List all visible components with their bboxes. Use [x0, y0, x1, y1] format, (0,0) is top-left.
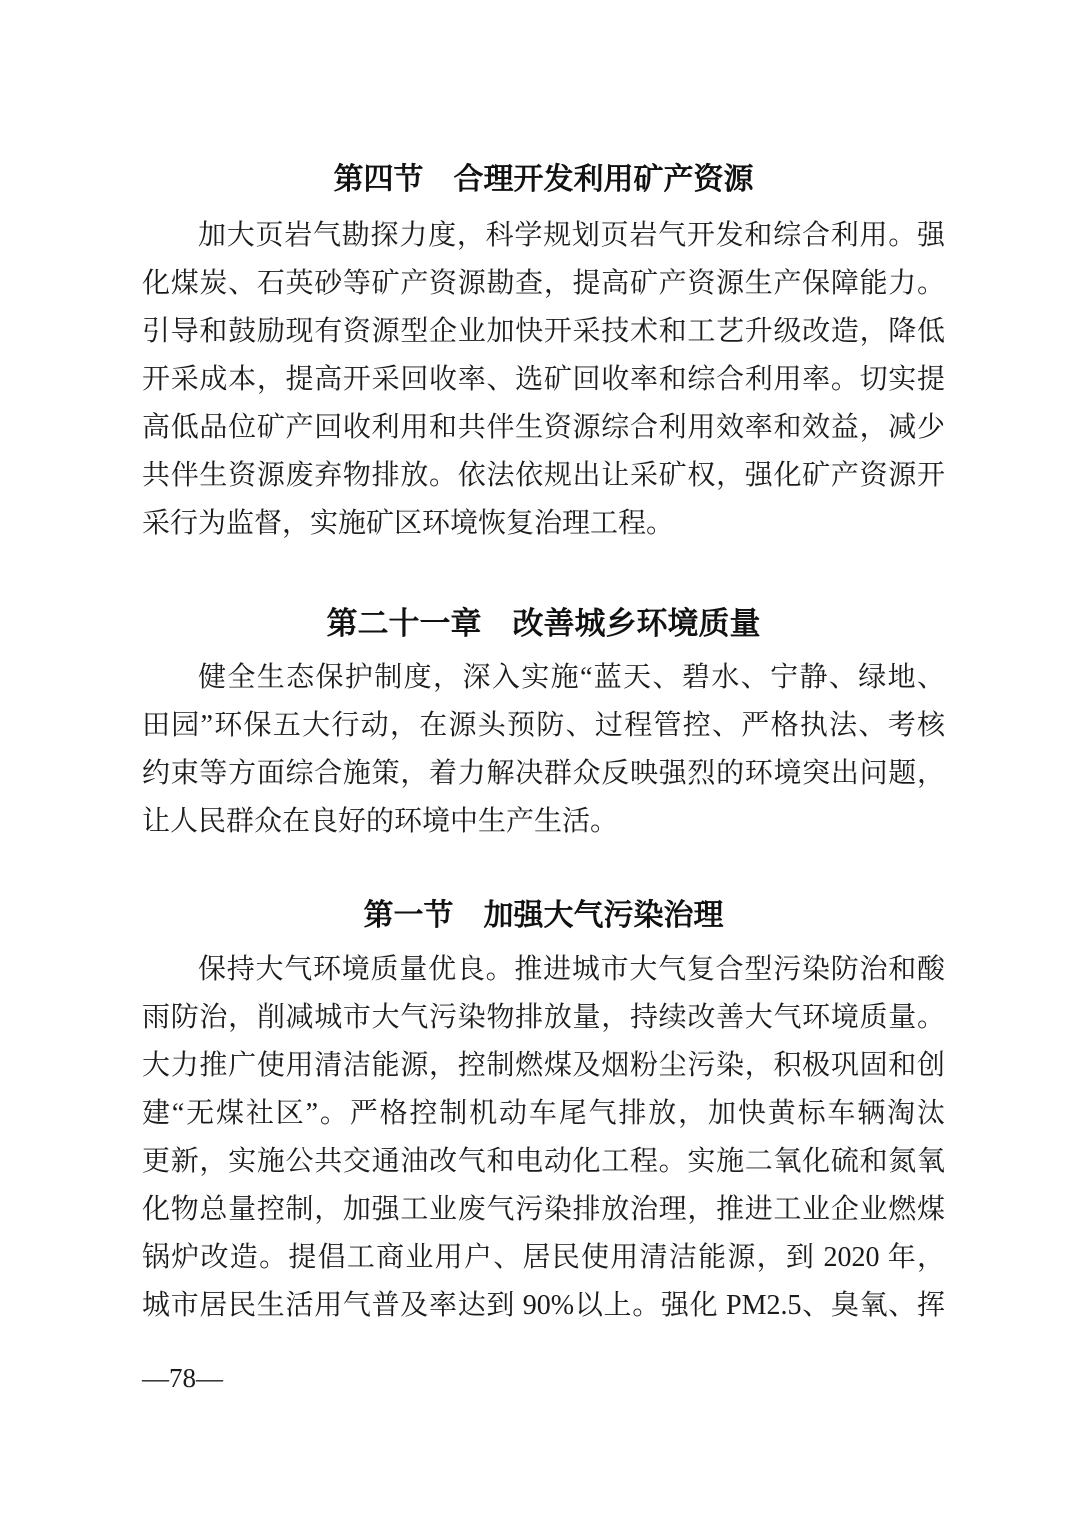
- page-number: —78—: [142, 1362, 223, 1394]
- page-content: 第四节 合理开发利用矿产资源 加大页岩气勘探力度，科学规划页岩气开发和综合利用。…: [142, 0, 945, 1330]
- text-line: 采行为监督，实施矿区环境恢复治理工程。: [142, 500, 945, 548]
- text-line: 开采成本，提高开采回收率、选矿回收率和综合利用率。切实提: [142, 356, 945, 404]
- text-line: 化物总量控制，加强工业废气污染排放治理，推进工业企业燃煤: [142, 1186, 945, 1234]
- text-line: 约束等方面综合施策，着力解决群众反映强烈的环境突出问题，: [142, 750, 945, 798]
- text-line: 高低品位矿产回收利用和共伴生资源综合利用效率和效益，减少: [142, 404, 945, 452]
- text-line: 化煤炭、石英砂等矿产资源勘查，提高矿产资源生产保障能力。: [142, 260, 945, 308]
- text-line: 更新，实施公共交通油改气和电动化工程。实施二氧化硫和氮氧: [142, 1138, 945, 1186]
- chapter-heading-21: 第二十一章 改善城乡环境质量: [142, 600, 945, 648]
- document-page: 第四节 合理开发利用矿产资源 加大页岩气勘探力度，科学规划页岩气开发和综合利用。…: [0, 0, 1074, 1520]
- text-line: 保持大气环境质量优良。推进城市大气复合型污染防治和酸: [142, 946, 945, 994]
- text-line: 加大页岩气勘探力度，科学规划页岩气开发和综合利用。强: [142, 212, 945, 260]
- text-line: 雨防治，削减城市大气污染物排放量，持续改善大气环境质量。: [142, 994, 945, 1042]
- paragraph-urban-rural-environment: 健全生态保护制度，深入实施“蓝天、碧水、宁静、绿地、 田园”环保五大行动，在源头…: [142, 654, 945, 846]
- text-line: 城市居民生活用气普及率达到 90%以上。强化 PM2.5、臭氧、挥: [142, 1282, 945, 1330]
- paragraph-air-pollution: 保持大气环境质量优良。推进城市大气复合型污染防治和酸 雨防治，削减城市大气污染物…: [142, 946, 945, 1330]
- text-line: 建“无煤社区”。严格控制机动车尾气排放，加快黄标车辆淘汰: [142, 1090, 945, 1138]
- text-line: 锅炉改造。提倡工商业用户、居民使用清洁能源，到 2020 年，: [142, 1234, 945, 1282]
- text-line: 田园”环保五大行动，在源头预防、过程管控、严格执法、考核: [142, 702, 945, 750]
- paragraph-mineral-resources: 加大页岩气勘探力度，科学规划页岩气开发和综合利用。强 化煤炭、石英砂等矿产资源勘…: [142, 212, 945, 548]
- text-line: 让人民群众在良好的环境中生产生活。: [142, 798, 945, 846]
- text-line: 大力推广使用清洁能源，控制燃煤及烟粉尘污染，积极巩固和创: [142, 1042, 945, 1090]
- text-line: 共伴生资源废弃物排放。依法依规出让采矿权，强化矿产资源开: [142, 452, 945, 500]
- section-heading-1: 第一节 加强大气污染治理: [142, 892, 945, 940]
- text-line: 健全生态保护制度，深入实施“蓝天、碧水、宁静、绿地、: [142, 654, 945, 702]
- section-heading-4: 第四节 合理开发利用矿产资源: [142, 156, 945, 204]
- text-line: 引导和鼓励现有资源型企业加快开采技术和工艺升级改造，降低: [142, 308, 945, 356]
